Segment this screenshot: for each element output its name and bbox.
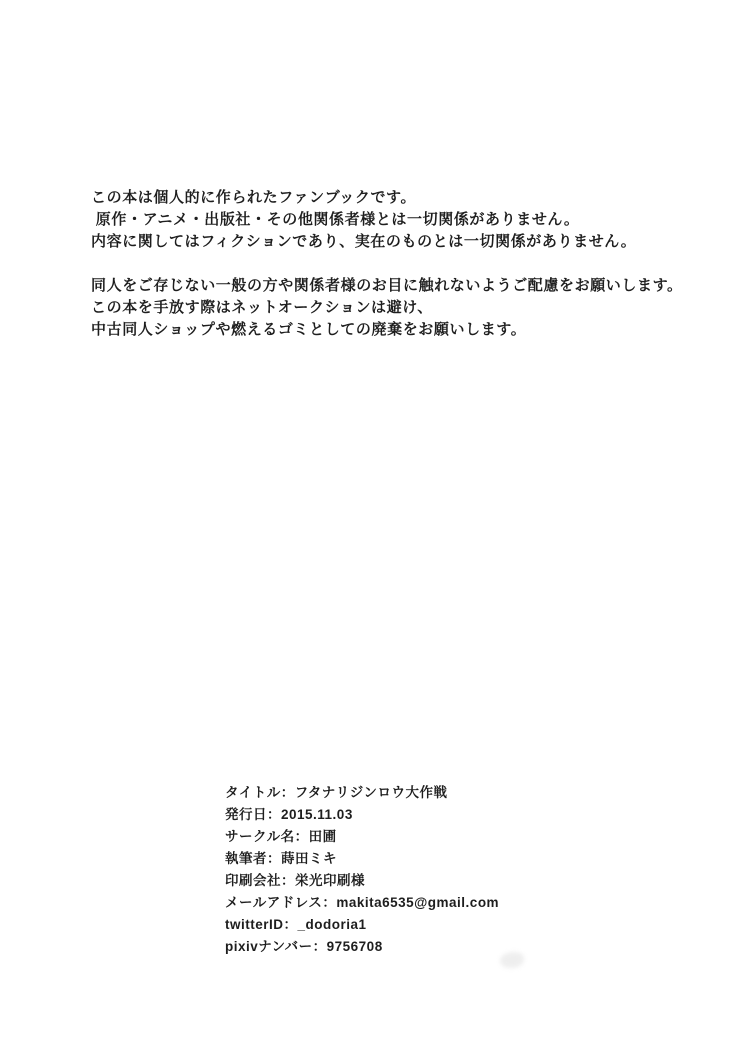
- colophon-email-line: メールアドレス：makita6535@gmail.com: [225, 892, 499, 914]
- colophon-title-line: タイトル：フタナリジンロウ大作戦: [225, 782, 499, 804]
- disclaimer-line: この本を手放す際はネットオークションは避け、: [91, 297, 683, 319]
- disclaimer-line: この本は個人的に作られたファンブックです。: [91, 187, 683, 209]
- colophon-printer-line: 印刷会社：栄光印刷様: [225, 870, 499, 892]
- scanned-document-page: この本は個人的に作られたファンブックです。 原作・アニメ・出版社・その他関係者様…: [0, 0, 736, 1040]
- colophon-twitter-line: twitterID：_dodoria1: [225, 914, 499, 936]
- disclaimer-line: 同人をご存じない一般の方や関係者様のお目に触れないようご配慮をお願いします。: [91, 275, 683, 297]
- colophon-circle-name-line: サークル名：田圃: [225, 826, 499, 848]
- colophon-publish-date-line: 発行日：2015.11.03: [225, 804, 499, 826]
- disclaimer-line: 原作・アニメ・出版社・その他関係者様とは一切関係がありません。: [91, 209, 683, 231]
- colophon-author-line: 執筆者：蒔田ミキ: [225, 848, 499, 870]
- scan-smudge-artifact: [500, 952, 524, 968]
- colophon-block: タイトル：フタナリジンロウ大作戦 発行日：2015.11.03 サークル名：田圃…: [225, 782, 499, 958]
- disclaimer-line: 内容に関してはフィクションであり、実在のものとは一切関係がありません。: [91, 231, 683, 253]
- colophon-pixiv-line: pixivナンバー：9756708: [225, 936, 499, 958]
- disclaimer-paragraph-1: この本は個人的に作られたファンブックです。 原作・アニメ・出版社・その他関係者様…: [91, 187, 683, 253]
- disclaimer-line: 中古同人ショップや燃えるゴミとしての廃棄をお願いします。: [91, 319, 683, 341]
- disclaimer-block: この本は個人的に作られたファンブックです。 原作・アニメ・出版社・その他関係者様…: [91, 187, 683, 341]
- disclaimer-paragraph-2: 同人をご存じない一般の方や関係者様のお目に触れないようご配慮をお願いします。 こ…: [91, 275, 683, 341]
